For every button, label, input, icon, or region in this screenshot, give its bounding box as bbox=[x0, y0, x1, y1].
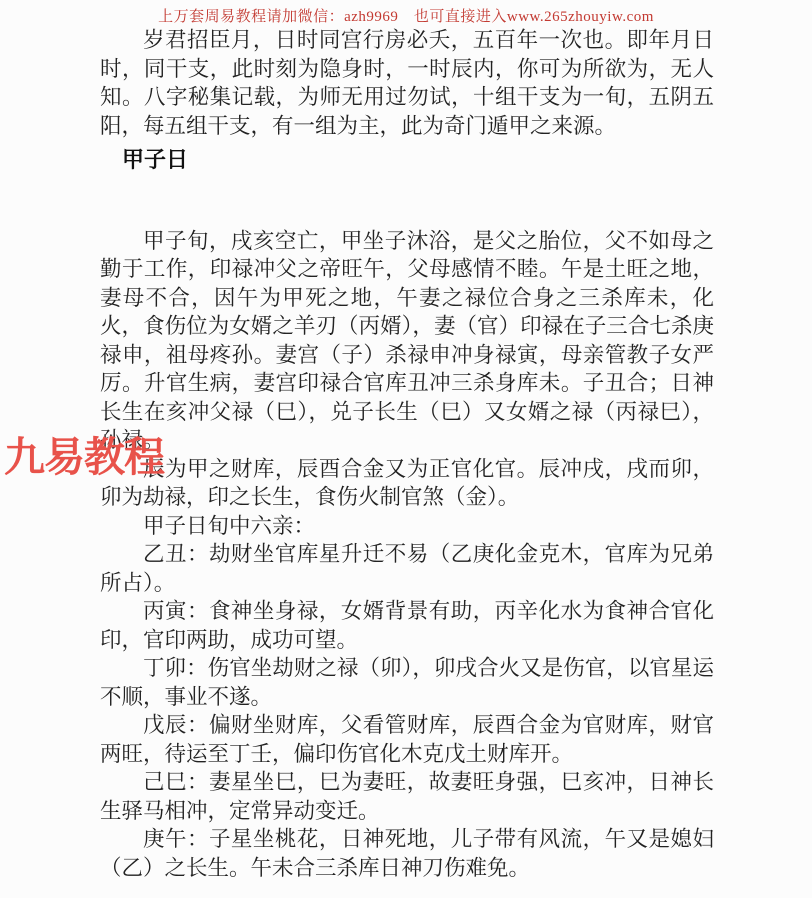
paragraph-gengwu: 庚午：子星坐桃花，日神死地，儿子带有风流，午又是媳妇（乙）之长生。午未合三杀库日… bbox=[100, 825, 714, 882]
document-page: 上万套周易教程请加微信：azh9969 也可直接进入www.265zhouyiw… bbox=[0, 0, 812, 898]
promo-header-text: 上万套周易教程请加微信：azh9969 也可直接进入www.265zhouyiw… bbox=[0, 5, 812, 26]
paragraph-bingyin: 丙寅：食神坐身禄，女婿背景有助，丙辛化水为食神合官化印，官印两助，成功可望。 bbox=[100, 597, 714, 654]
document-body: 岁君招臣月，日时同宫行房必夭，五百年一次也。即年月日时，同干支，此时刻为隐身时，… bbox=[100, 26, 714, 882]
paragraph-yichou: 乙丑：劫财坐官库星升迁不易（乙庚化金克木，官库为兄弟所占）。 bbox=[100, 540, 714, 597]
heading-jiazi-day: 甲子日 bbox=[100, 146, 714, 175]
paragraph-wuchen: 戊辰：偏财坐财库，父看管财库，辰酉合金为官财库，财官两旺，待运至丁壬，偏印伤官化… bbox=[100, 711, 714, 768]
paragraph-chen-treasury: 辰为甲之财库，辰酉合金又为正官化官。辰冲戌，戌而卯，卯为劫禄，印之长生，食伤火制… bbox=[100, 455, 714, 512]
paragraph-jisi: 己巳：妻星坐巳，巳为妻旺，故妻旺身强，巳亥冲，日神长生驿马相冲，定常异动变迁。 bbox=[100, 768, 714, 825]
paragraph-intro: 岁君招臣月，日时同宫行房必夭，五百年一次也。即年月日时，同干支，此时刻为隐身时，… bbox=[100, 26, 714, 140]
paragraph-dingmao: 丁卯：伤官坐劫财之禄（卯），卯戌合火又是伤官，以官星运不顺，事业不遂。 bbox=[100, 654, 714, 711]
paragraph-six-relatives-label: 甲子日旬中六亲： bbox=[100, 512, 714, 541]
paragraph-jiazi-xun: 甲子旬，戌亥空亡，甲坐子沐浴，是父之胎位，父不如母之勤于工作，印禄冲父之帝旺午，… bbox=[100, 227, 714, 455]
